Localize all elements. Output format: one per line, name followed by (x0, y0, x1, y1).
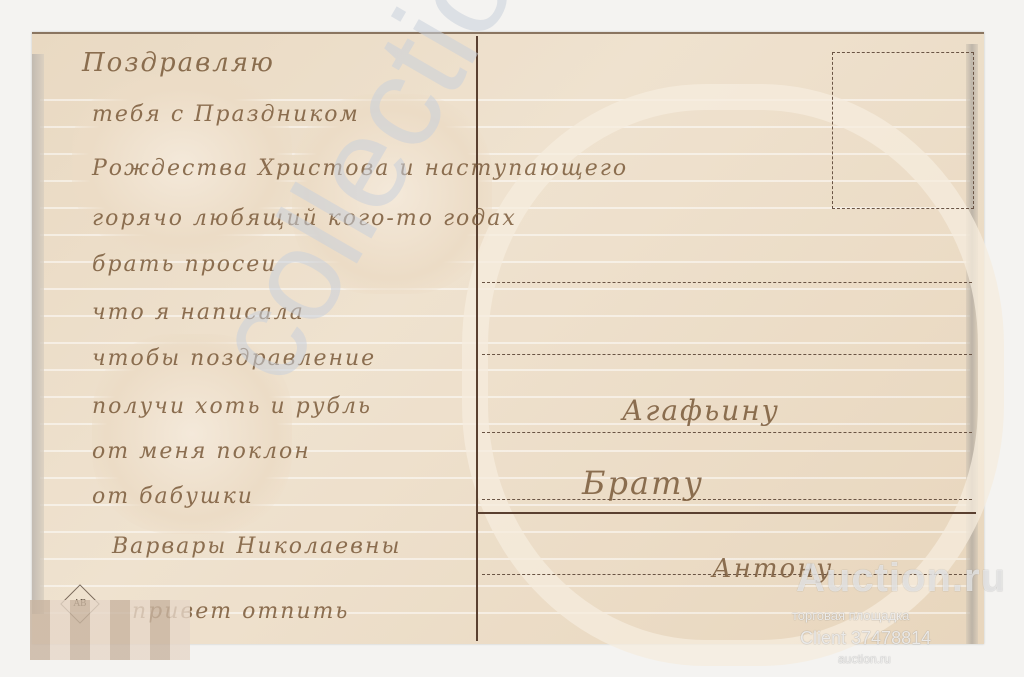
address-line-text: Брату (582, 464, 704, 502)
address-line (482, 499, 972, 500)
message-line: Поздравляю (82, 48, 275, 78)
watermark-site: auction.ru (838, 652, 891, 666)
stamp-box (832, 52, 974, 209)
address-line (482, 432, 972, 433)
address-line-text: Агафьину (622, 394, 780, 427)
postcard: Поздравляю тебя с Праздником Рождества Х… (32, 32, 984, 644)
watermark-client: Client 37478814 (800, 628, 931, 649)
silver-edge-left (32, 54, 44, 614)
message-line: получи хоть и рубль (92, 394, 372, 419)
watermark-brand: Auction.ru (796, 556, 1006, 601)
center-divider (476, 36, 478, 641)
address-line (482, 282, 972, 283)
address-line (482, 354, 972, 355)
message-line: от бабушки (92, 484, 254, 509)
address-divider (476, 512, 976, 514)
message-line: от меня поклон (92, 439, 311, 464)
pixelated-censor (30, 600, 190, 660)
watermark-tagline: торговая площадка (792, 608, 909, 623)
message-line: Варвары Николаевны (112, 534, 401, 559)
